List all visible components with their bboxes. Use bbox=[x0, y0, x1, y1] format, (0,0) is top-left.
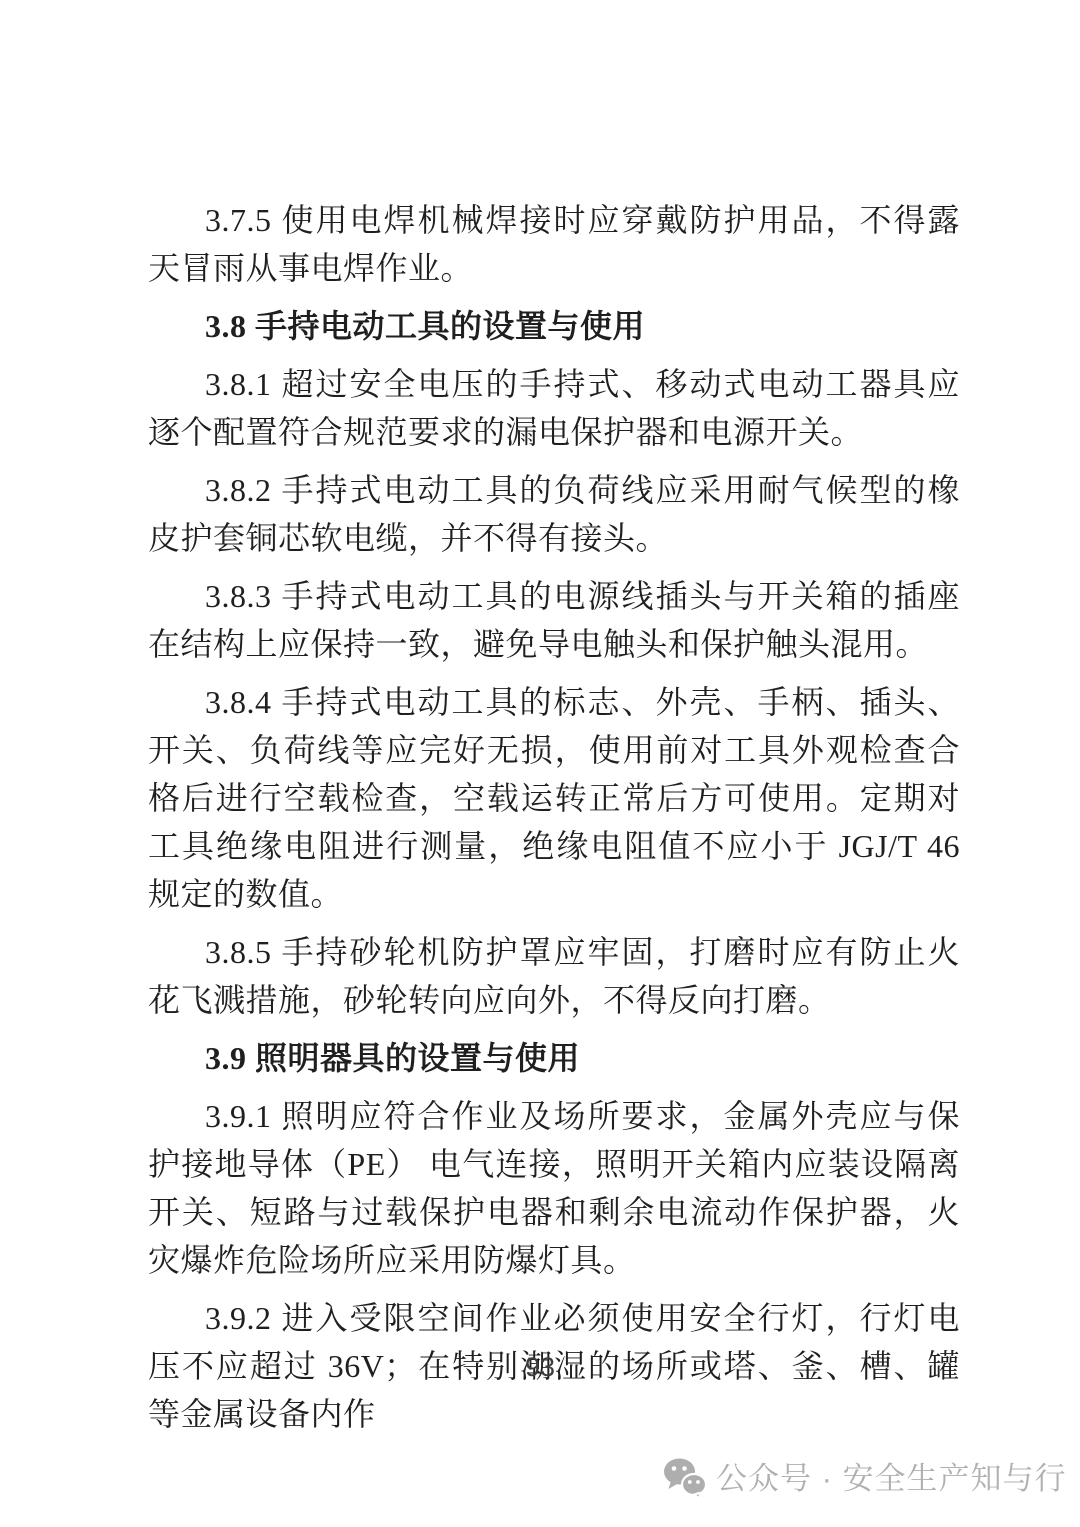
paragraph: 3.7.5 使用电焊机械焊接时应穿戴防护用品，不得露天冒雨从事电焊作业。 bbox=[148, 196, 960, 292]
paragraph: 3.8.1 超过安全电压的手持式、移动式电动工器具应逐个配置符合规范要求的漏电保… bbox=[148, 360, 960, 456]
paragraph: 3.8.5 手持砂轮机防护罩应牢固，打磨时应有防止火花飞溅措施，砂轮转向应向外，… bbox=[148, 928, 960, 1024]
section-heading: 3.9 照明器具的设置与使用 bbox=[148, 1034, 960, 1082]
page-number: 93 bbox=[0, 1352, 1080, 1383]
paragraph: 3.8.4 手持式电动工具的标志、外壳、手柄、插头、开关、负荷线等应完好无损，使… bbox=[148, 678, 960, 918]
paragraph: 3.8.3 手持式电动工具的电源线插头与开关箱的插座在结构上应保持一致，避免导电… bbox=[148, 572, 960, 668]
document-body: 3.7.5 使用电焊机械焊接时应穿戴防护用品，不得露天冒雨从事电焊作业。3.8 … bbox=[148, 196, 960, 1438]
watermark-text: 公众号 · 安全生产知与行 bbox=[716, 1458, 1067, 1500]
paragraph: 3.9.1 照明应符合作业及场所要求，金属外壳应与保护接地导体（PE） 电气连接… bbox=[148, 1092, 960, 1284]
paragraph: 3.8.2 手持式电动工具的负荷线应采用耐气候型的橡皮护套铜芯软电缆，并不得有接… bbox=[148, 466, 960, 562]
wechat-logo-icon bbox=[663, 1458, 707, 1500]
section-heading: 3.8 手持电动工具的设置与使用 bbox=[148, 302, 960, 350]
watermark: 公众号 · 安全生产知与行 bbox=[663, 1458, 1067, 1500]
